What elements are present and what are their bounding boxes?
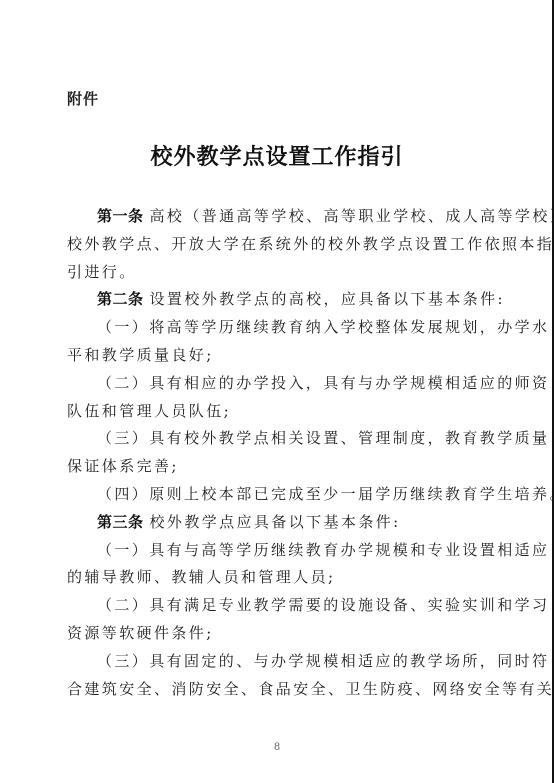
body-line: 保证体系完善;: [67, 453, 489, 481]
body-line: 校外教学点、开放大学在系统外的校外教学点设置工作依照本指: [67, 231, 489, 259]
line-text: 校外教学点应具备以下基本条件:: [150, 513, 401, 531]
line-text: 的辅导教师、教辅人员和管理人员;: [67, 568, 335, 586]
line-text: 校外教学点、开放大学在系统外的校外教学点设置工作依照本指: [67, 235, 554, 253]
line-text: （一）将高等学历继续教育纳入学校整体发展规划，办学水: [97, 318, 549, 336]
body-line: 平和教学质量良好;: [67, 342, 489, 370]
body-line: （三）具有校外教学点相关设置、管理制度，教育教学质量: [67, 425, 489, 453]
line-text: 队伍和管理人员队伍;: [67, 402, 231, 420]
article-heading: 第三条: [97, 513, 144, 531]
body-line: 第二条设置校外教学点的高校，应具备以下基本条件:: [67, 286, 489, 314]
body-line: 第三条校外教学点应具备以下基本条件:: [67, 509, 489, 537]
body-line: （四）原则上校本部已完成至少一届学历继续教育学生培养。: [67, 481, 489, 509]
body-line: 队伍和管理人员队伍;: [67, 398, 489, 426]
body-line: 资源等软硬件条件;: [67, 620, 489, 648]
document-body: 第一条高校（普通高等学校、高等职业学校、成人高等学校） 校外教学点、开放大学在系…: [67, 203, 489, 703]
document-title: 校外教学点设置工作指引: [0, 140, 554, 171]
body-line: （一）具有与高等学历继续教育办学规模和专业设置相适应: [67, 537, 489, 565]
body-line: 的辅导教师、教辅人员和管理人员;: [67, 564, 489, 592]
line-text: （一）具有与高等学历继续教育办学规模和专业设置相适应: [97, 541, 549, 559]
line-text: 高校（普通高等学校、高等职业学校、成人高等学校）: [150, 207, 554, 225]
line-text: 平和教学质量良好;: [67, 346, 214, 364]
line-text: （二）具有满足专业教学需要的设施设备、实验实训和学习: [97, 596, 549, 614]
body-line: 第一条高校（普通高等学校、高等职业学校、成人高等学校）: [67, 203, 489, 231]
attachment-label: 附件: [67, 88, 99, 109]
article-heading: 第一条: [97, 207, 144, 225]
body-line: 引进行。: [67, 259, 489, 287]
line-text: 引进行。: [67, 263, 137, 281]
article-heading: 第二条: [97, 290, 144, 308]
line-text: 资源等软硬件条件;: [67, 624, 214, 642]
line-text: 设置校外教学点的高校，应具备以下基本条件:: [150, 290, 505, 308]
line-text: （四）原则上校本部已完成至少一届学历继续教育学生培养。: [97, 485, 554, 503]
body-line: （二）具有满足专业教学需要的设施设备、实验实训和学习: [67, 592, 489, 620]
page-number: 8: [0, 742, 554, 753]
line-text: （二）具有相应的办学投入，具有与办学规模相适应的师资: [97, 374, 549, 392]
body-line: （三）具有固定的、与办学规模相适应的教学场所，同时符: [67, 648, 489, 676]
line-text: （三）具有固定的、与办学规模相适应的教学场所，同时符: [97, 652, 549, 670]
body-line: （二）具有相应的办学投入，具有与办学规模相适应的师资: [67, 370, 489, 398]
line-text: 合建筑安全、消防安全、食品安全、卫生防疫、网络安全等有关: [67, 680, 554, 698]
line-text: 保证体系完善;: [67, 457, 179, 475]
line-text: （三）具有校外教学点相关设置、管理制度，教育教学质量: [97, 429, 549, 447]
body-line: 合建筑安全、消防安全、食品安全、卫生防疫、网络安全等有关: [67, 676, 489, 704]
body-line: （一）将高等学历继续教育纳入学校整体发展规划，办学水: [67, 314, 489, 342]
document-page: 附件 校外教学点设置工作指引 第一条高校（普通高等学校、高等职业学校、成人高等学…: [0, 0, 554, 783]
